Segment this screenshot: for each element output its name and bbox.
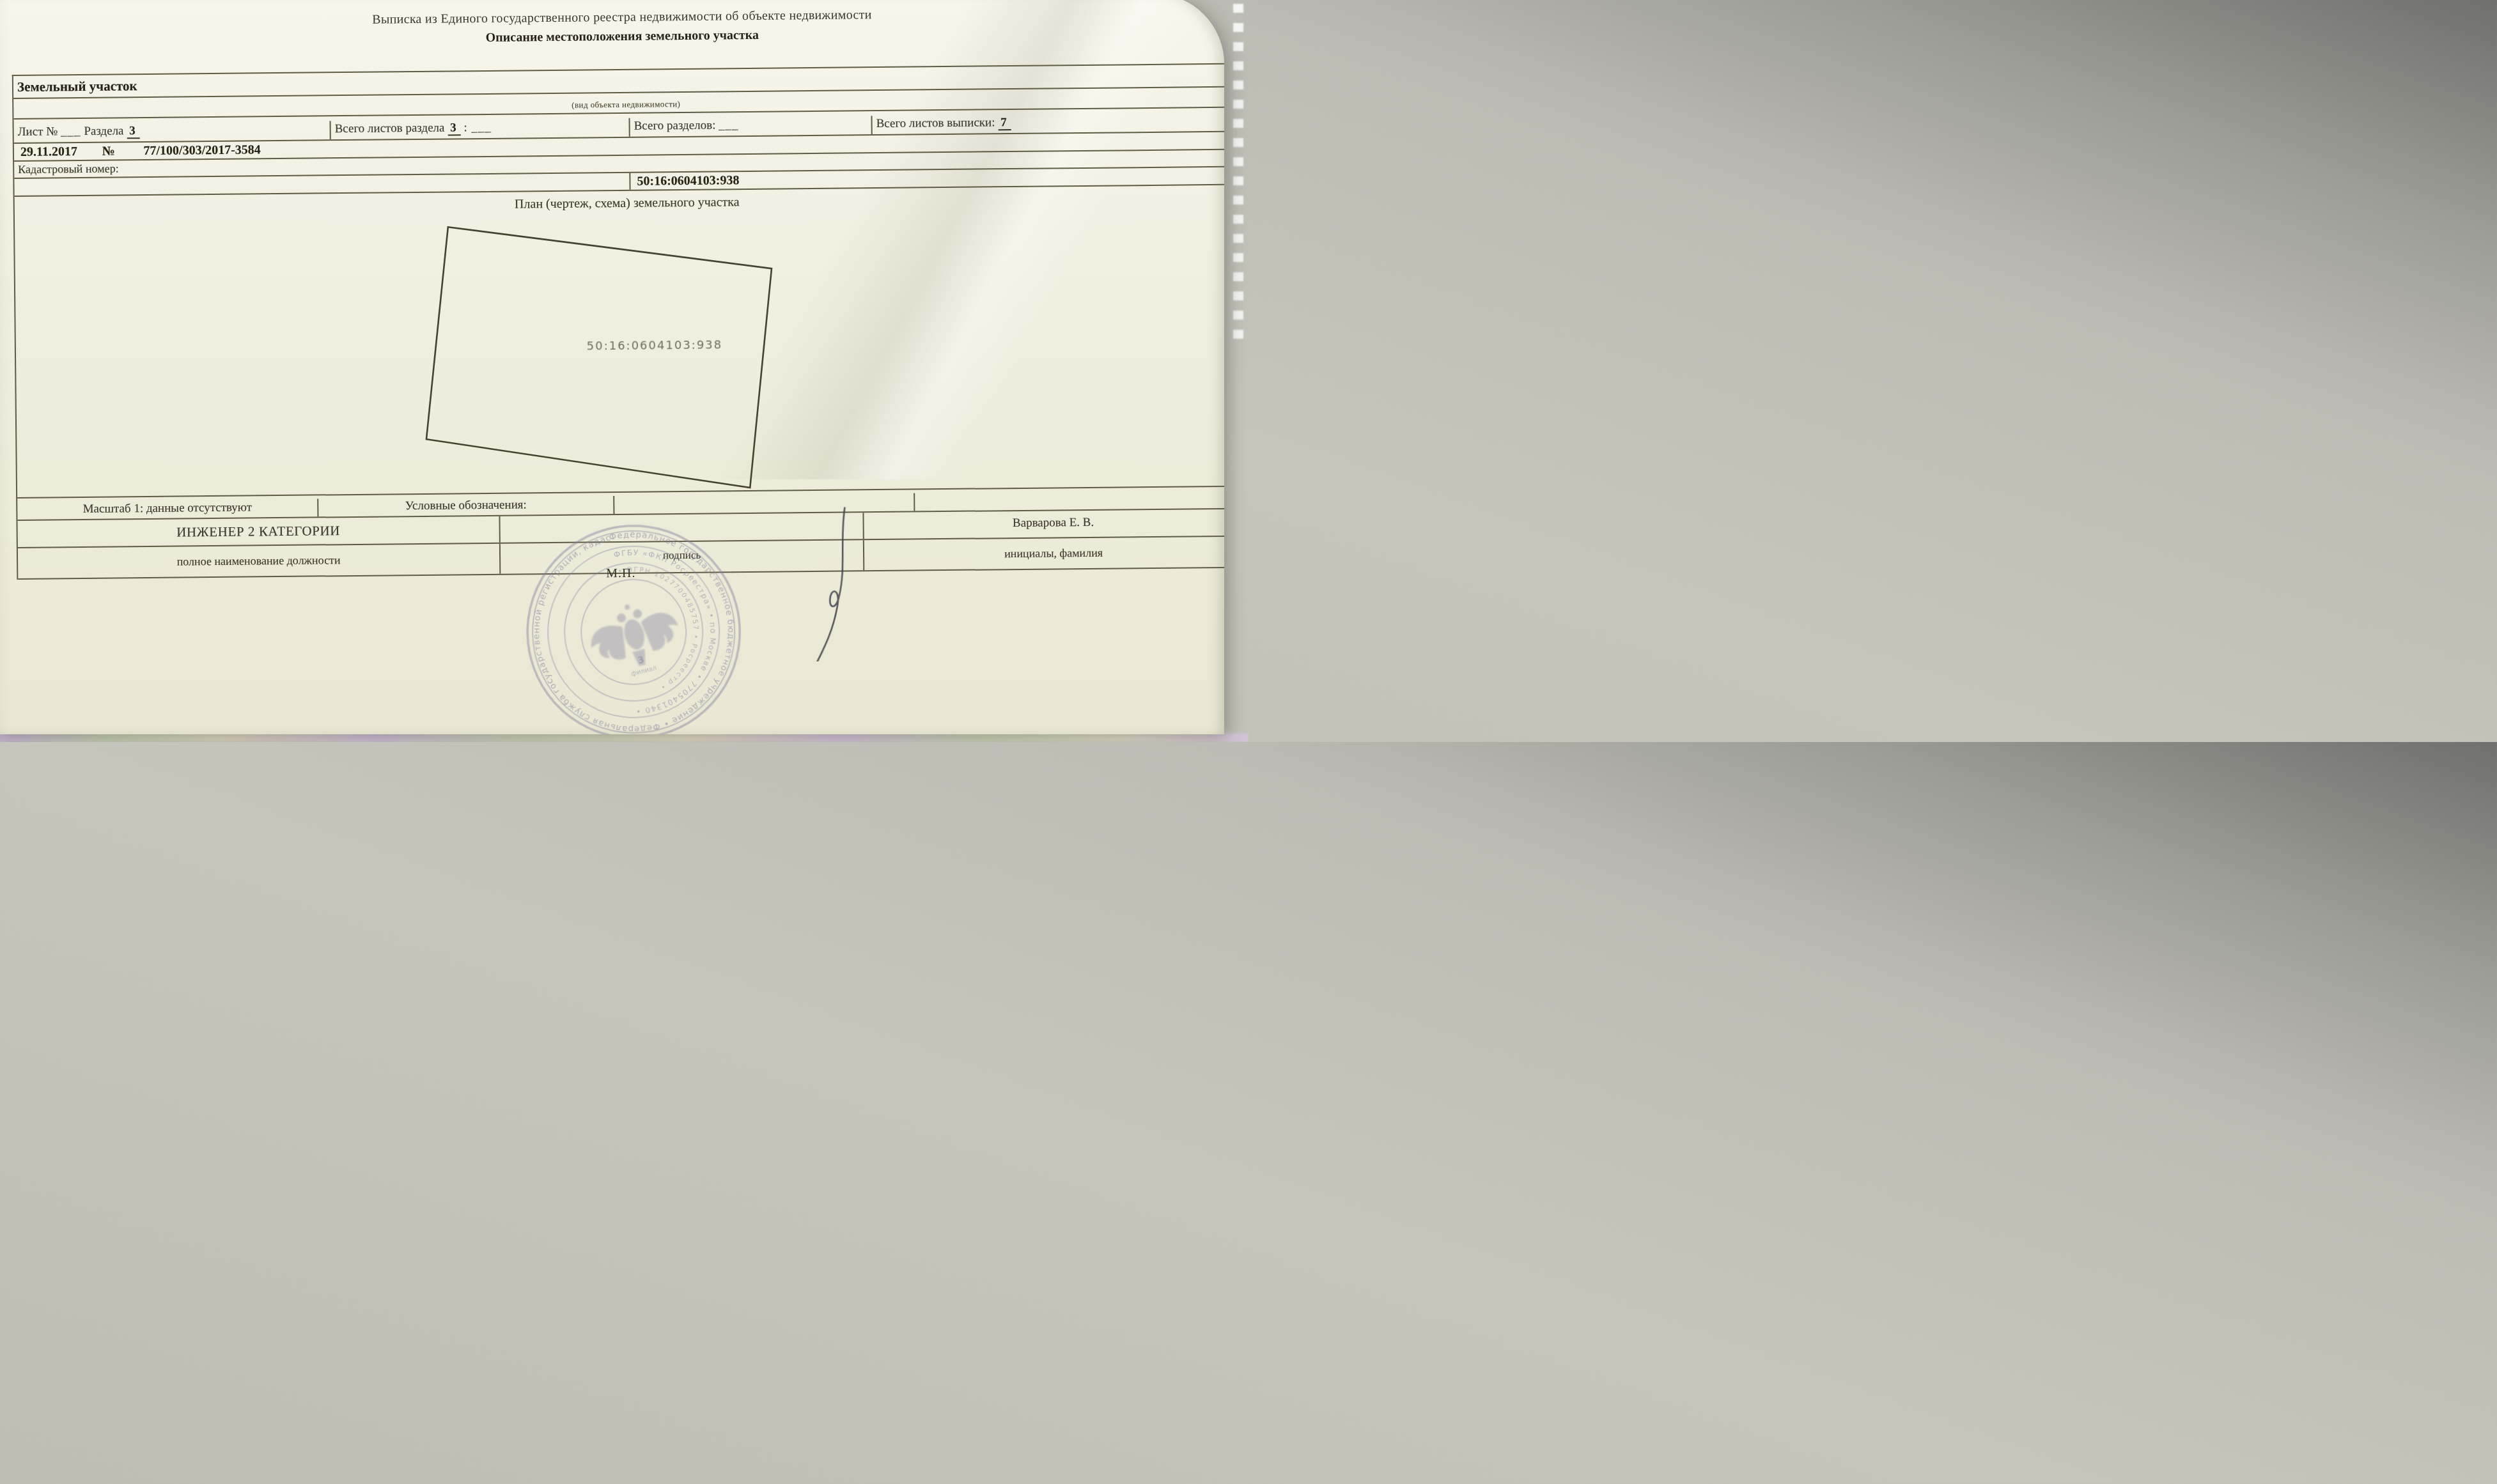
photo-right-edge-perforation — [1233, 4, 1243, 349]
photo-bottom-edge — [0, 733, 1248, 742]
sheet-blank: ___ — [61, 125, 81, 138]
parcel-boundary-polygon — [424, 224, 774, 490]
signature-stroke — [807, 508, 846, 662]
sheet-number-cell: Лист № ___ Раздела 3 — [14, 121, 331, 143]
section-value: 3 — [127, 124, 140, 139]
sections-total-blank: ___ — [719, 118, 739, 132]
registration-number: 77/100/303/2017-3584 — [143, 143, 261, 158]
parcel-cadastral-label: 50:16:0604103:938 — [584, 338, 725, 353]
sheets-in-section-cell: Всего листов раздела 3 : ___ — [331, 118, 630, 139]
handwritten-signature — [783, 501, 880, 661]
section-label: Раздела — [84, 124, 123, 138]
document: Выписка из Единого государственного реес… — [0, 0, 1224, 734]
official-round-stamp: Федеральное государственное бюджетное уч… — [523, 521, 745, 734]
signer-name: Варварова Е. В. — [864, 509, 1224, 539]
sheets-in-section-label: Всего листов раздела — [335, 121, 445, 136]
document-header: Выписка из Единого государственного реес… — [27, 4, 1217, 50]
stamp-body: Федеральное государственное бюджетное уч… — [523, 521, 745, 734]
sheets-in-extract-cell: Всего листов выписки: 7 — [872, 112, 1224, 134]
sheet-label: Лист № — [18, 125, 58, 139]
cadastral-number-value: 50:16:0604103:938 — [637, 173, 739, 189]
paper-sheet: Выписка из Единого государственного реес… — [0, 0, 1224, 734]
name-caption: инициалы, фамилия — [864, 537, 1224, 571]
sheets-in-extract-label: Всего листов выписки: — [876, 116, 995, 130]
sheets-in-section-value: 3 — [447, 121, 461, 135]
legend-empty-cell-2 — [915, 490, 1224, 511]
position-caption: полное наименование должности — [18, 544, 501, 578]
sheets-in-extract-value: 7 — [998, 116, 1011, 130]
legend-cell: Условные обозначения: — [318, 496, 614, 516]
registration-number-sign: № — [102, 144, 115, 158]
scale-cell: Масштаб 1: данные отсутствуют — [17, 499, 318, 520]
sheets-in-section-blank: : ___ — [463, 121, 492, 134]
main-table: Земельный участок (вид объекта недвижимо… — [12, 63, 1224, 580]
plan-section: План (чертеж, схема) земельного участка … — [15, 185, 1224, 499]
sections-total-label: Всего разделов: — [634, 118, 716, 132]
position-value: ИНЖЕНЕР 2 КАТЕГОРИИ — [18, 516, 501, 547]
stamp-center-word: филиал — [630, 665, 657, 678]
photo-of-document: Выписка из Единого государственного реес… — [0, 0, 1248, 742]
double-headed-eagle-icon — [583, 594, 685, 677]
registration-date: 29.11.2017 — [20, 144, 77, 159]
sections-total-cell: Всего разделов: ___ — [630, 116, 872, 137]
